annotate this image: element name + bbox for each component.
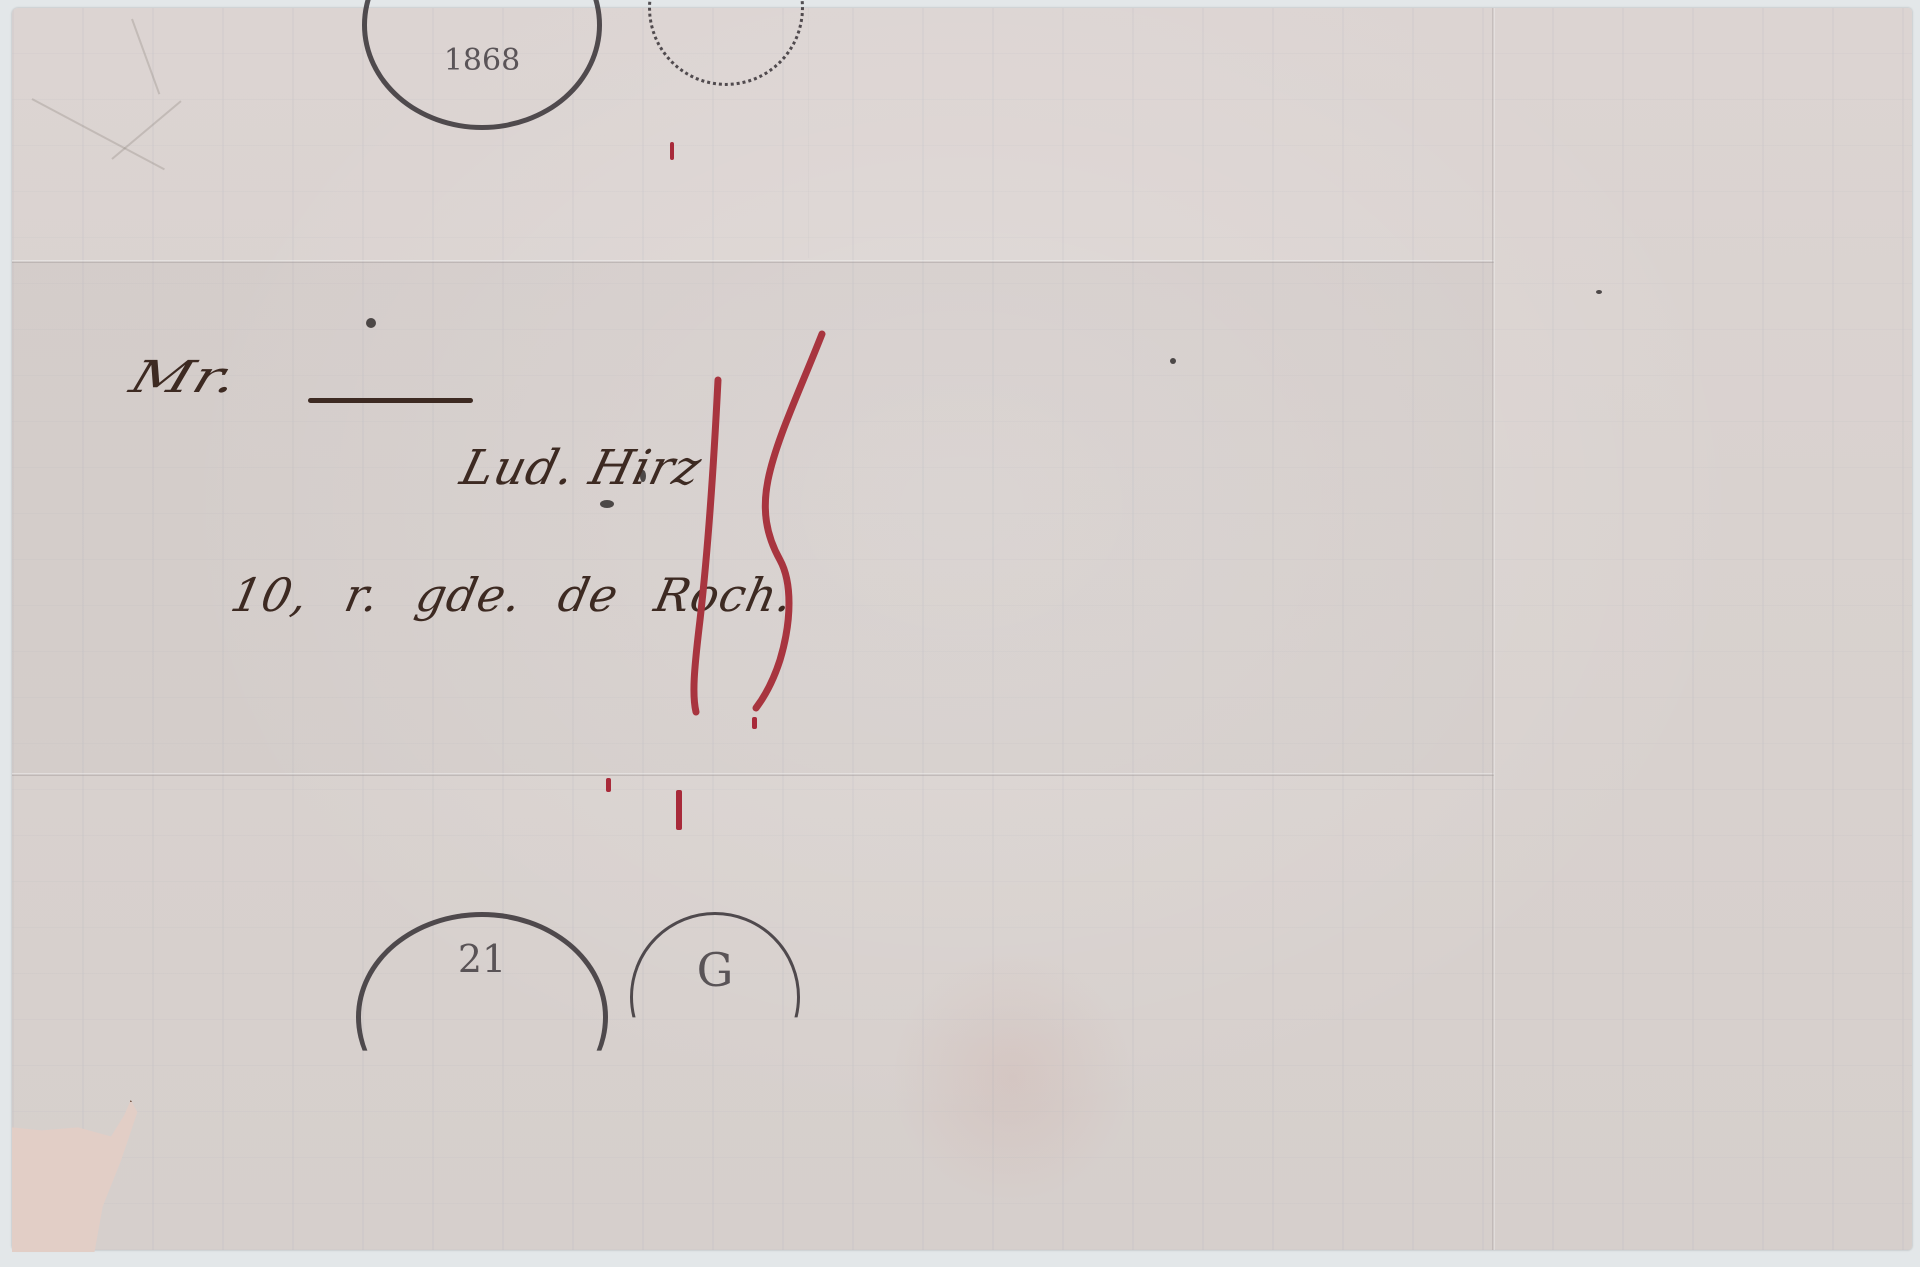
red-ink-mark [670,142,674,160]
address-salutation: Mr. [124,352,246,403]
letter-cover [12,8,1912,1250]
fold-line-hairline [808,8,809,258]
salutation-underline [308,398,473,403]
red-ink-mark [676,790,682,830]
ink-speck [600,500,614,508]
rate-mark-11 [670,320,830,720]
crease [111,100,181,159]
fold-line-upper [12,260,1494,263]
ink-speck [366,318,376,328]
postmark-text: G [697,943,734,997]
fold-line-right [1492,8,1495,1250]
postmark-text: 21 [458,937,506,981]
red-ink-mark [752,717,757,729]
photo-stage: 1868 21 G Mr. Lud. Hirz 10, r. gde. de R… [0,0,1920,1267]
postmark-text: 1868 [444,44,520,77]
crease [32,98,165,170]
crease [131,19,160,95]
fold-line-lower [12,773,1494,776]
ink-speck [1170,358,1176,364]
ink-speck [1596,290,1602,294]
red-ink-mark [606,778,611,792]
